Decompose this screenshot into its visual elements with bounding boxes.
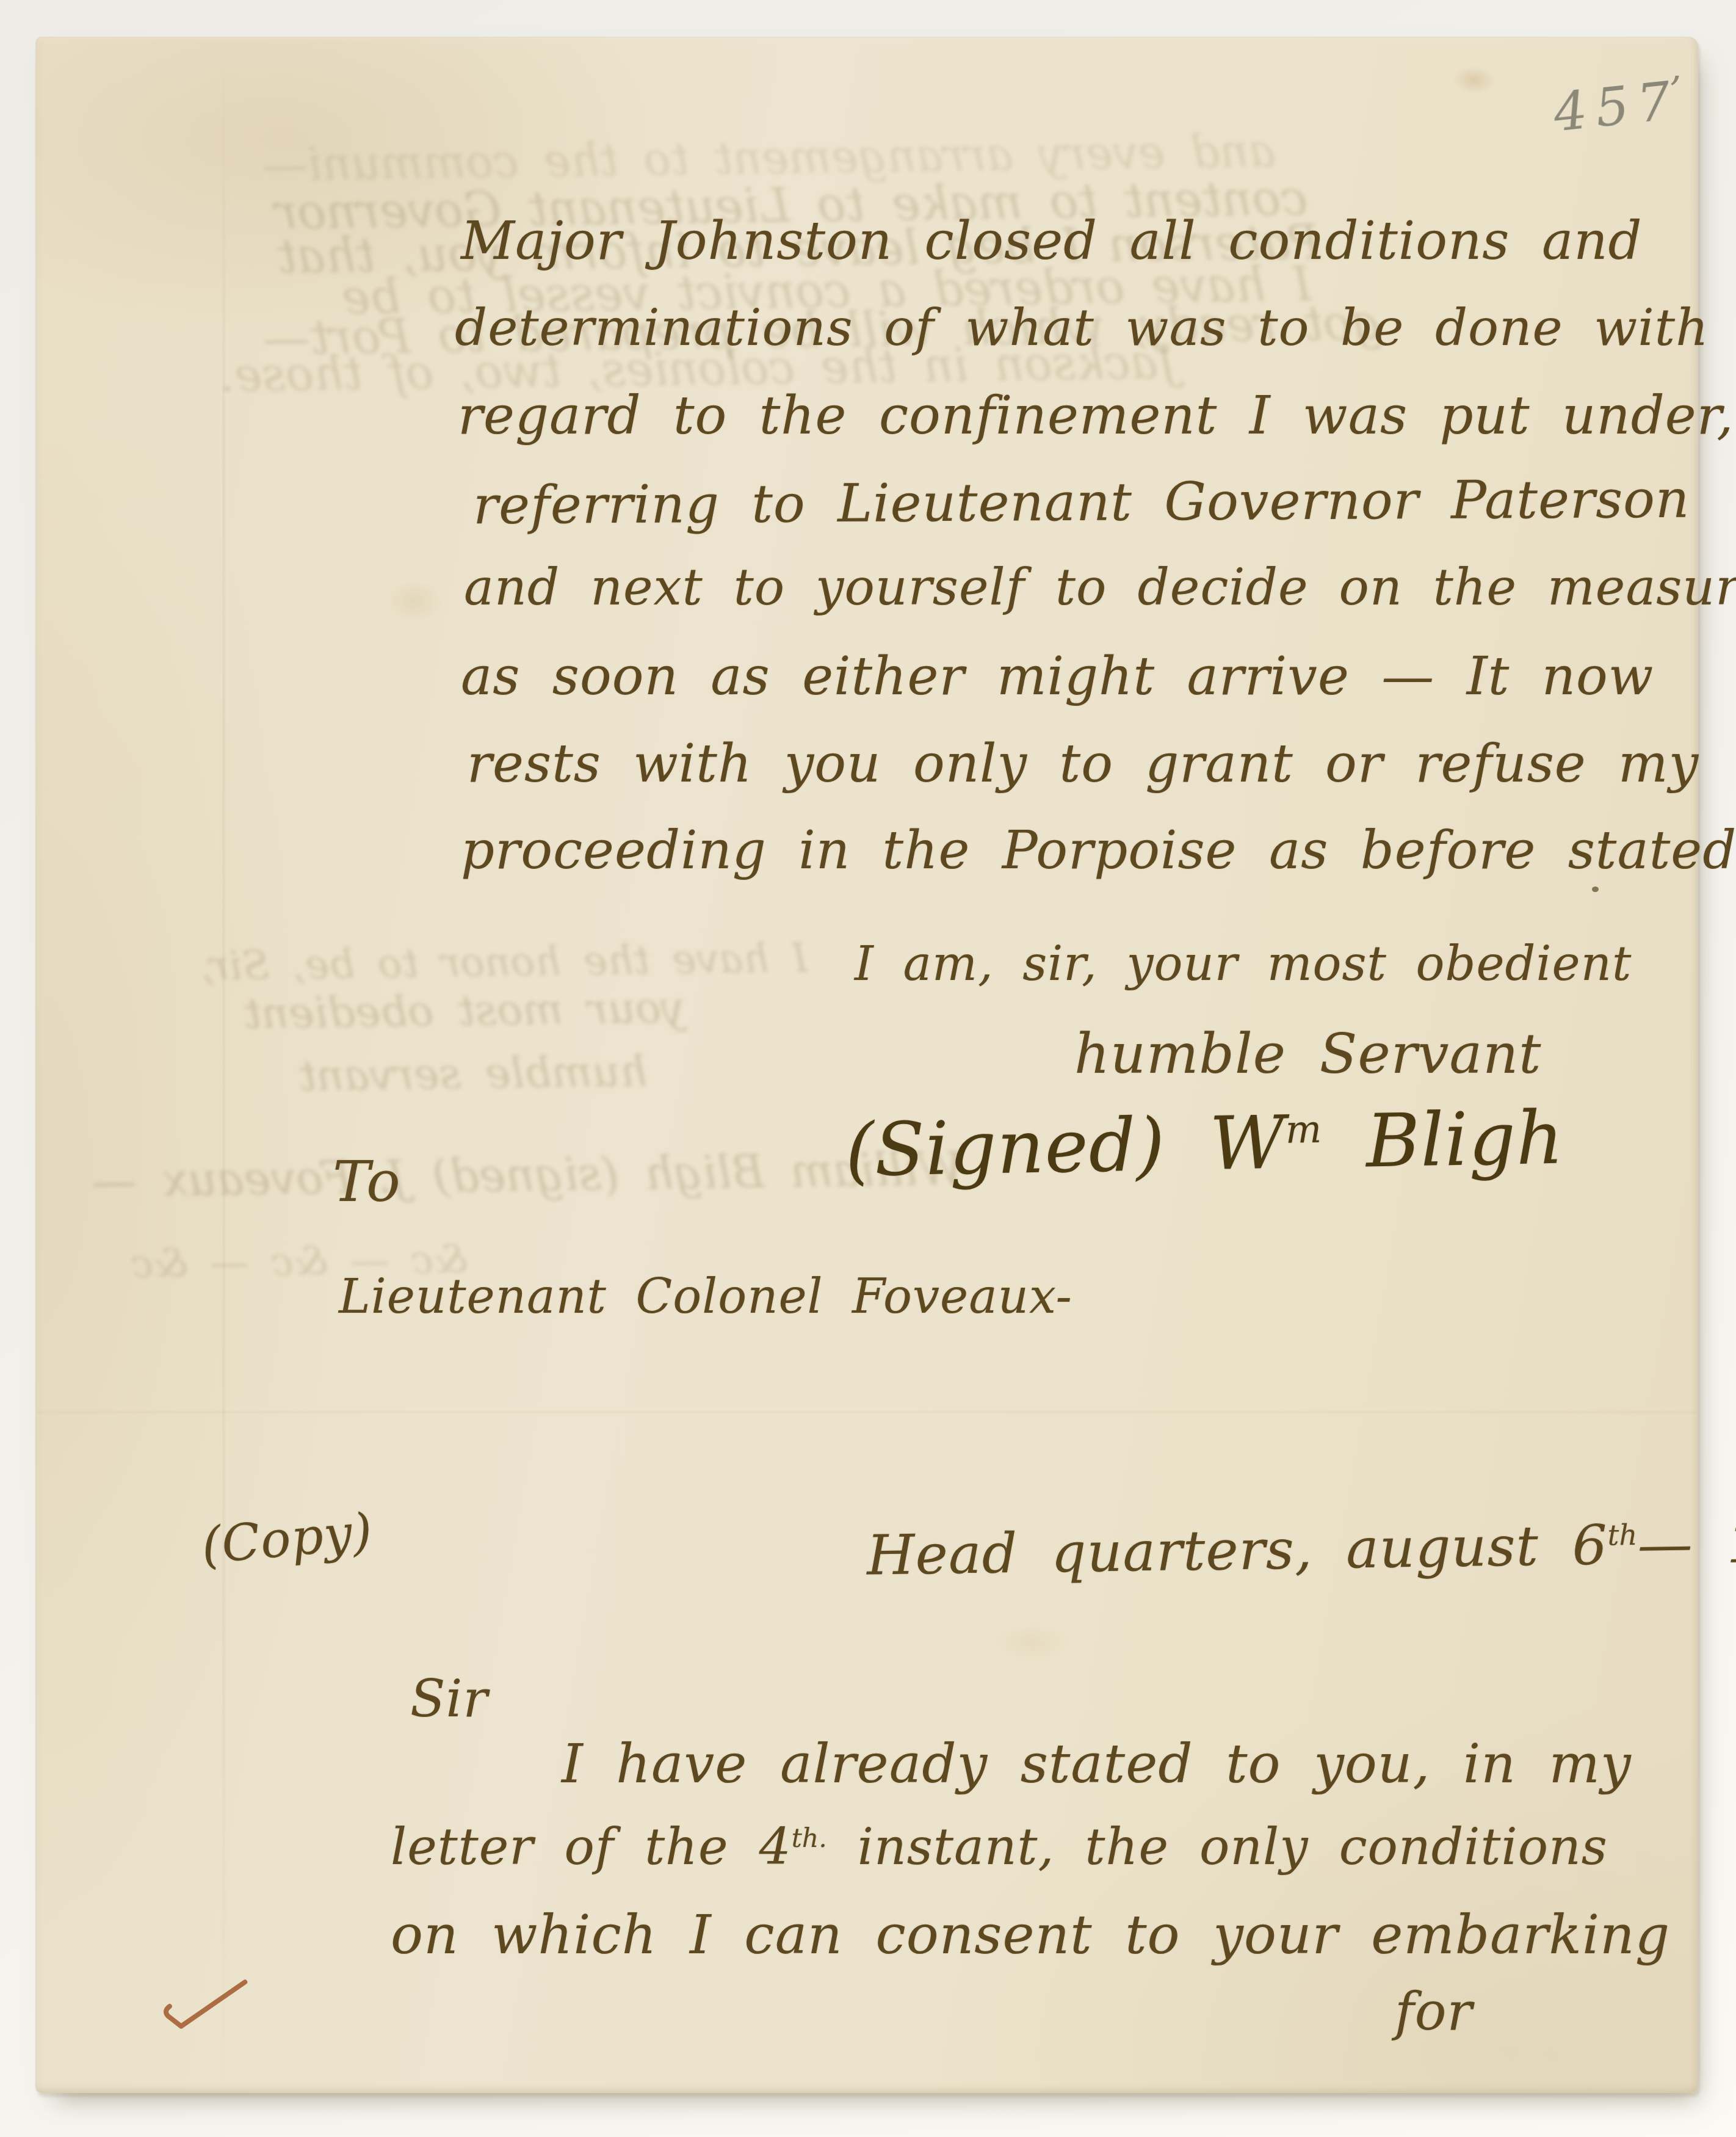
letter-line-1: Major Johnston closed all conditions and: [461, 215, 1643, 267]
letter-line-7: rests with you only to grant or refuse m…: [467, 738, 1699, 790]
letter2-line2-suffix: instant, the only conditions: [827, 1818, 1608, 1876]
paper-crease-vertical: [223, 38, 225, 2092]
letter2-line-1: I have already stated to you, in my: [562, 1737, 1632, 1791]
corner-tick: ʼ: [1668, 72, 1680, 111]
signed-label: (Signed): [845, 1103, 1166, 1193]
paper-stain: [1453, 66, 1495, 94]
signature-superscript: m: [1285, 1107, 1322, 1152]
letter2-line-2: letter of the 4th. instant, the only con…: [391, 1823, 1608, 1873]
signature-name: W: [1209, 1101, 1287, 1187]
closing-line-1: I am, sir, your most obedient: [855, 940, 1632, 988]
signature-line: (Signed) Wm Bligh: [845, 1102, 1564, 1188]
letter-line-8: proceeding in the Porpoise as before sta…: [461, 824, 1736, 877]
dateline-superscript: th: [1607, 1519, 1638, 1553]
ghost-line: your most obedient: [244, 986, 685, 1035]
dateline-suffix: — 1808: [1637, 1510, 1736, 1577]
ghost-line: humble servant: [299, 1050, 648, 1097]
scanned-document: and every arrangement to the communi— co…: [0, 0, 1736, 2137]
letter2-line-3: on which I can consent to your embarking: [391, 1908, 1670, 1962]
catchword: for: [1395, 1986, 1473, 2038]
paper-crease-horizontal: [37, 1412, 1697, 1413]
address-to: To: [333, 1154, 401, 1210]
letter-line-6: as soon as either might arrive — It now: [461, 650, 1654, 703]
ink-speck: [1592, 887, 1599, 892]
letter-line-4: referring to Lieutenant Governor Paterso…: [473, 473, 1690, 532]
letter2-line2-superscript: th.: [792, 1823, 827, 1854]
letter-line-3: regard to the confinement I was put unde…: [458, 390, 1734, 442]
salutation: Sir: [410, 1673, 488, 1724]
paper-stain: [995, 1624, 1068, 1661]
letter-line-2: determinations of what was to be done wi…: [455, 302, 1709, 353]
copy-label: (Copy): [200, 1507, 375, 1572]
dateline-prefix: Head quarters, august 6: [866, 1514, 1608, 1588]
page-number: 457: [1551, 74, 1682, 139]
addressee-line: Lieutenant Colonel Foveaux-: [339, 1273, 1072, 1321]
closing-line-2: humble Servant: [1074, 1027, 1541, 1082]
letter-line-5: and next to yourself to decide on the me…: [464, 563, 1736, 613]
signature-name-rest: Bligh: [1321, 1096, 1564, 1185]
ghost-line: I have the honor to be, Sir,: [201, 938, 808, 987]
letter2-line2-prefix: letter of the 4: [391, 1818, 792, 1876]
paper-stain: [385, 580, 443, 623]
check-mark-icon: [159, 1972, 252, 2036]
ghost-line: William Bligh (signed) J. Foveaux —: [92, 1147, 964, 1204]
dateline: Head quarters, august 6th— 1808: [866, 1515, 1736, 1584]
